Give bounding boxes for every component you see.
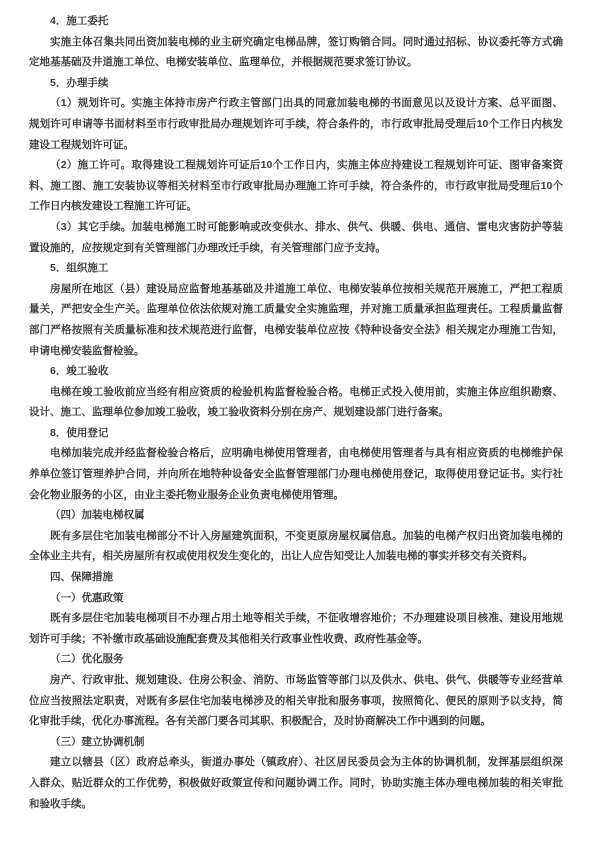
text-line: 规划许可申请等书面材料至市行政审批局办理规划许可手续，符合条件的，市行政审批局受…	[29, 114, 563, 135]
text-line: 建设工程规划许可证。	[29, 135, 563, 156]
text-line: 量关，严把安全生产关。监理单位依法依规对施工质量安全实施监理，并对施工质量承担监…	[29, 299, 563, 320]
heading-line: （二）优化服务	[29, 649, 563, 670]
text-line: 料、施工图、施工安装协议等相关材料至市行政审批局办理施工许可手续，符合条件的，市…	[29, 176, 563, 197]
text-line: （3）其它手续。加装电梯施工时可能影响或改变供水、排水、供气、供暖、供电、通信、…	[29, 217, 563, 238]
heading-line: 5．办理手续	[29, 73, 563, 94]
text-line: 既有多层住宅加装电梯部分不计入房屋建筑面积，不变更原房屋权属信息。加装的电梯产权…	[29, 526, 563, 547]
text-line: 会化物业服务的小区，由业主委托物业服务企业负责电梯使用管理。	[29, 485, 563, 506]
text-line: 申请电梯安装监督检验。	[29, 341, 563, 362]
text-line: 全体业主共有，相关房屋所有权或使用权发生变化的，出让人应告知受让人加装电梯的事实…	[29, 546, 563, 567]
heading-line: 6．竣工验收	[29, 361, 563, 382]
heading-line: 5．组织施工	[29, 258, 563, 279]
heading-line: （四）加装电梯权属	[29, 505, 563, 526]
text-line: 入群众、贴近群众的工作优势，积极做好政策宣传和问题协调工作。同时，协助实施主体办…	[29, 773, 563, 794]
heading-line: 4．施工委托	[29, 11, 563, 32]
heading-line: 四、保障措施	[29, 567, 563, 588]
text-line: 房屋所在地区（县）建设局应监督地基基础及井道施工单位、电梯安装单位按相关规范开展…	[29, 279, 563, 300]
text-line: 置设施的，应按规定到有关管理部门办理改迁手续，有关管理部门应予支持。	[29, 238, 563, 259]
text-line: 定地基基础及井道施工单位、电梯安装单位、监理单位，并根据规范要求签订协议。	[29, 52, 563, 73]
text-line: 建立以辖县（区）政府总牵头，街道办事处（镇政府）、社区居民委员会为主体的协调机制…	[29, 752, 563, 773]
text-line: 设计、施工、监理单位参加竣工验收，竣工验收资料分别在房产、规划建设部门进行备案。	[29, 402, 563, 423]
heading-line: （一）优惠政策	[29, 588, 563, 609]
text-line: （2）施工许可。取得建设工程规划许可证后10个工作日内，实施主体应持建设工程规划…	[29, 155, 563, 176]
text-line: 工作日内核发建设工程施工许可证。	[29, 196, 563, 217]
text-line: 部门严格按照有关质量标准和技术规范进行监督，电梯安装单位应按《特种设备安全法》相…	[29, 320, 563, 341]
text-line: 电梯加装完成并经监督检验合格后，应明确电梯使用管理者，由电梯使用管理者与具有相应…	[29, 443, 563, 464]
heading-line: 8．使用登记	[29, 423, 563, 444]
text-line: 电梯在竣工验收前应当经有相应资质的检验机构监督检验合格。电梯正式投入使用前，实施…	[29, 382, 563, 403]
text-line: 房产、行政审批、规划建设、住房公积金、消防、市场监管等部门以及供水、供电、供气、…	[29, 670, 563, 691]
text-line: 和验收手续。	[29, 794, 563, 815]
document-body: 4．施工委托实施主体召集共同出资加装电梯的业主研究确定电梯品牌，签订购销合同。同…	[29, 11, 563, 814]
text-line: 化审批手续，优化办事流程。各有关部门要各司其职、积极配合，及时协商解决工作中遇到…	[29, 711, 563, 732]
text-line: （1）规划许可。实施主体持市房产行政主管部门出具的同意加装电梯的书面意见以及设计…	[29, 93, 563, 114]
heading-line: （三）建立协调机制	[29, 732, 563, 753]
text-line: 划许可手续；不补缴市政基础设施配套费及其他相关行政事业性收费、政府性基金等。	[29, 629, 563, 650]
text-line: 养单位签订管理养护合同，并向所在地特种设备安全监督管理部门办理电梯使用登记，取得…	[29, 464, 563, 485]
text-line: 既有多层住宅加装电梯项目不办理占用土地等相关手续，不征收增容地价；不办理建设项目…	[29, 608, 563, 629]
document-page: 4．施工委托实施主体召集共同出资加装电梯的业主研究确定电梯品牌，签订购销合同。同…	[0, 0, 595, 841]
text-line: 位应当按照法定职责，对既有多层住宅加装电梯涉及的相关审批和服务事项，按照简化、便…	[29, 691, 563, 712]
text-line: 实施主体召集共同出资加装电梯的业主研究确定电梯品牌，签订购销合同。同时通过招标、…	[29, 32, 563, 53]
